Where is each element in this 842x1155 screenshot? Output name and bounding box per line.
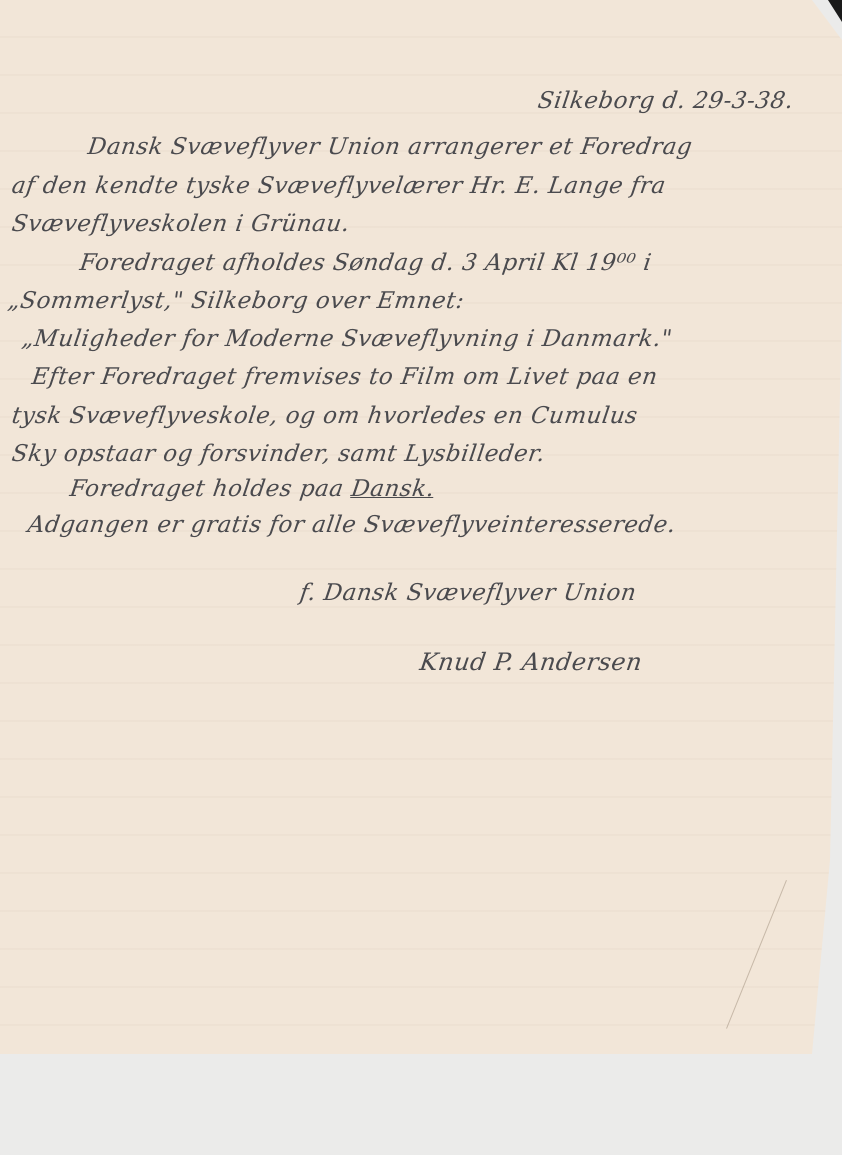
letter-line-9: Sky opstaar og forsvinder, samt Lysbille… xyxy=(10,441,547,467)
letter-line-7: Efter Foredraget fremvises to Film om Li… xyxy=(30,364,659,390)
letter-line-11: Adgangen er gratis for alle Svæveflyvein… xyxy=(26,512,677,538)
paper-fold-line xyxy=(726,880,787,1029)
letter-line-4: Foredraget afholdes Søndag d. 3 April Kl… xyxy=(78,250,653,276)
letter-line-3: Svæveflyveskolen i Grünau. xyxy=(10,211,351,237)
letter-line-1: Dansk Svæveflyver Union arrangerer et Fo… xyxy=(86,134,694,160)
underlined-word: Dansk. xyxy=(350,476,437,502)
letter-line-8: tysk Svæveflyveskole, og om hvorledes en… xyxy=(10,403,639,429)
letter-line-6: „Muligheder for Moderne Svæveflyvning i … xyxy=(20,326,674,352)
letter-paper: Silkeborg d. 29-3-38. Dansk Svæveflyver … xyxy=(0,0,842,1054)
letter-line-5: „Sommerlyst," Silkeborg over Emnet: xyxy=(6,288,466,314)
letter-line-10: Foredraget holdes paa Dansk. xyxy=(68,476,436,502)
closing-line: f. Dansk Svæveflyver Union xyxy=(298,580,638,606)
dateline: Silkeborg d. 29-3-38. xyxy=(536,88,795,114)
letter-line-10-text: Foredraget holdes paa xyxy=(68,476,345,502)
signature: Knud P. Andersen xyxy=(418,648,644,676)
letter-line-2: af den kendte tyske Svæveflyvelærer Hr. … xyxy=(10,173,667,199)
